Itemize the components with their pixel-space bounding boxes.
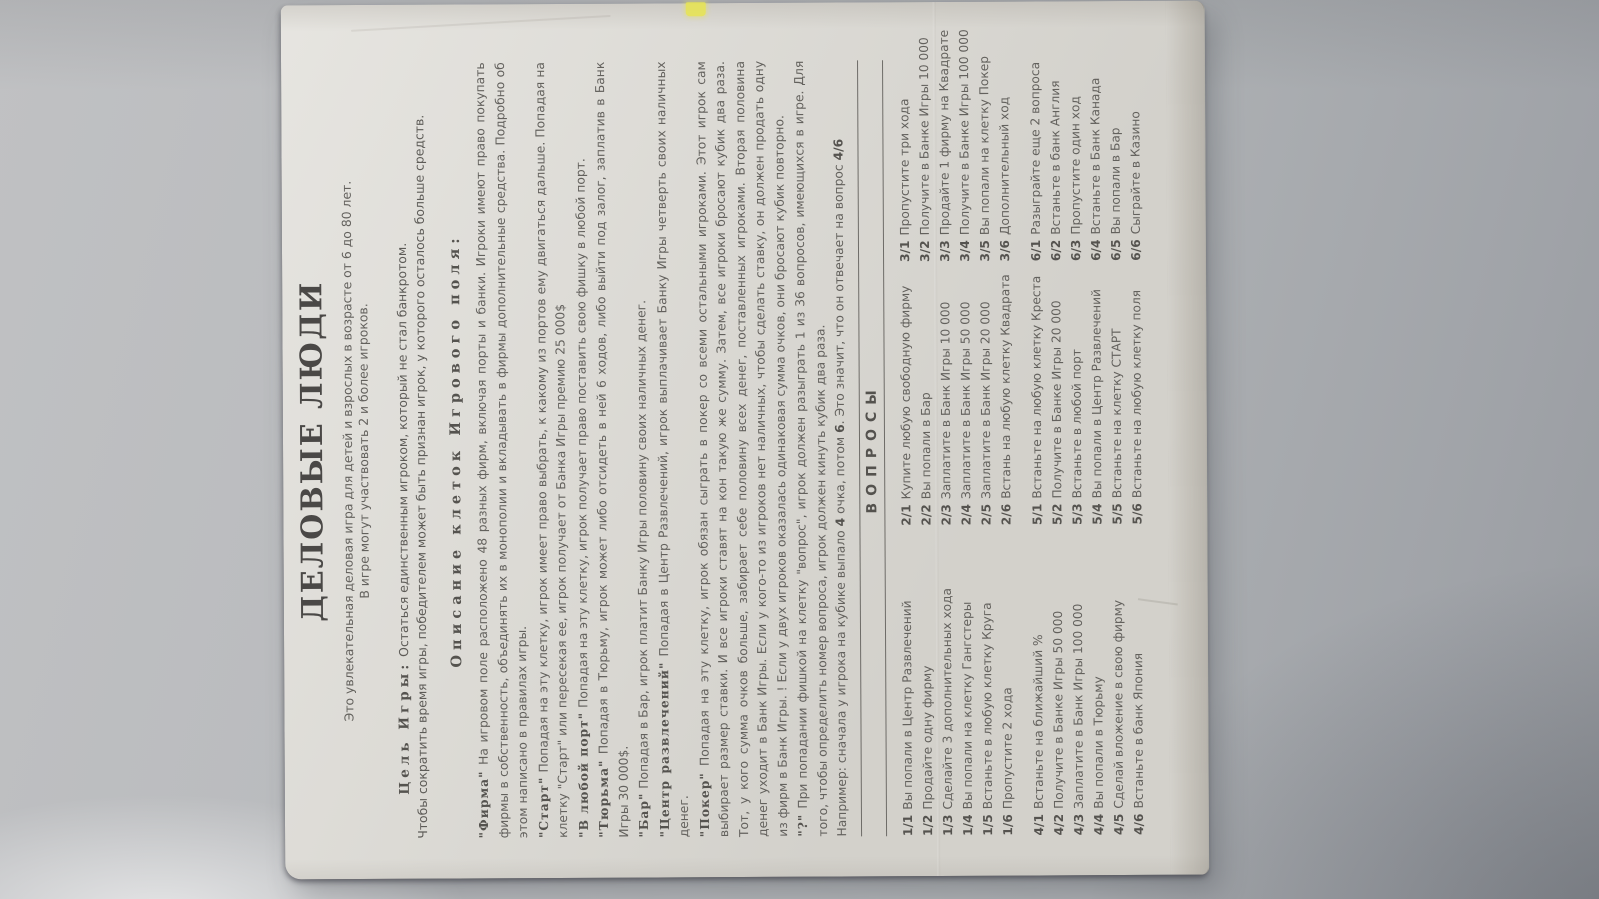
question-text: Дополнительный ход xyxy=(997,97,1012,235)
question-number: 1/3 xyxy=(940,814,954,835)
question-number: 3/5 xyxy=(977,240,991,261)
question-number: 4/4 xyxy=(1091,814,1105,835)
question-text: Получите в Банке Игры 10 000 xyxy=(916,37,931,235)
intro-paragraph: Это увлекательная деловая игра для детей… xyxy=(338,63,374,839)
cell-name: "Старт" xyxy=(535,777,550,838)
question-item: 1/4Вы попали на клетку Гангстеры xyxy=(956,535,978,835)
question-number: 2/1 xyxy=(899,504,913,525)
question-text: Заплатите в Банк Игры 20 000 xyxy=(978,301,993,499)
cell-name: "?" xyxy=(795,814,810,837)
question-item: 4/2Получите в Банке Игры 50 000 xyxy=(1047,535,1069,835)
question-text: Вы попали на клетку Покер xyxy=(976,56,991,235)
question-number: 4/3 xyxy=(1071,814,1085,835)
questions-header: ВОПРОСЫ xyxy=(857,60,887,836)
question-group-3: 3/1Пропустите три хода 3/2Получите в Бан… xyxy=(894,60,1015,262)
cell-paragraph-tyurma: "Тюрьма" Попадая в Тюрьму, игрок может л… xyxy=(590,62,634,838)
questions-row-2: 4/1Встаньте на ближайший % 4/2Получите в… xyxy=(1025,59,1149,836)
question-item: 2/6Встань на любую клетку Квадрата xyxy=(995,271,1016,525)
question-number: 5/1 xyxy=(1030,504,1044,525)
question-text: Пропустите 2 хода xyxy=(1000,687,1015,809)
question-text: Продайте одну фирму xyxy=(920,666,935,810)
question-text: Встаньте на клетку СТАРТ xyxy=(1109,328,1124,498)
question-item: 6/1Разыграйте еще 2 вопроса xyxy=(1025,69,1046,261)
question-text: Вы попали в Бар xyxy=(1108,127,1123,234)
question-number: 3/6 xyxy=(997,240,1011,261)
question-item: 6/5Вы попали в Бар xyxy=(1105,69,1126,261)
question-number: 6/5 xyxy=(1108,239,1122,260)
question-item: 4/3Заплатите в Банк Игры 100 000 xyxy=(1067,535,1089,835)
question-item: 2/5Заплатите в Банк Игры 20 000 xyxy=(975,271,996,525)
question-number: 2/3 xyxy=(939,504,953,525)
question-number: 5/5 xyxy=(1110,503,1124,524)
cell-name: "Фирма" xyxy=(476,770,491,838)
question-number: 4/6 xyxy=(1131,813,1145,834)
question-item: 3/6Дополнительный ход xyxy=(994,70,1015,262)
question-item: 3/1Пропустите три хода xyxy=(894,70,915,262)
question-item: 5/6Встаньте на любую клетку поля xyxy=(1126,271,1147,525)
question-item: 4/5Сделай вложение в свою фирму xyxy=(1107,535,1129,835)
question-text: Встаньте в банк Англия xyxy=(1048,80,1063,234)
question-number: 6/3 xyxy=(1068,240,1082,261)
question-item: 1/1Вы попали в Центр Развлечений xyxy=(896,536,918,836)
example-text: очка, потом xyxy=(833,433,847,518)
goal-line: Чтобы сократить время игры, победителем … xyxy=(410,63,431,839)
question-number: 3/1 xyxy=(897,240,911,261)
cell-paragraph-poker: "Покер" Попадая на эту клетку, игрок обя… xyxy=(691,61,794,838)
cell-text: На игровом поле расположено 48 разных фи… xyxy=(473,62,530,838)
question-number: 5/6 xyxy=(1130,503,1144,524)
question-number: 3/3 xyxy=(937,240,951,261)
question-group-6: 6/1Разыграйте еще 2 вопроса 6/2Встаньте … xyxy=(1025,59,1146,261)
page-title: ДЕЛОВЫЕ ЛЮДИ xyxy=(293,63,332,839)
cell-text: Попадая в Тюрьму, игрок может либо отсид… xyxy=(593,62,631,838)
cells-heading: Описание клеток Игрового поля: xyxy=(445,62,466,838)
question-text: Купите любую свободную фирму xyxy=(898,286,913,500)
question-number: 1/2 xyxy=(920,815,934,836)
question-text: Встаньте в Банк Канада xyxy=(1088,78,1103,235)
question-group-4: 4/1Встаньте на ближайший % 4/2Получите в… xyxy=(1027,525,1149,836)
question-group-1: 1/1Вы попали в Центр Развлечений 1/2Прод… xyxy=(896,525,1018,836)
question-number: 3/2 xyxy=(917,240,931,261)
cell-paragraph-start: "Старт" Попадая на эту клетку, игрок име… xyxy=(530,62,574,838)
question-text: Пропустите три хода xyxy=(897,99,912,236)
question-text: Встаньте на ближайший % xyxy=(1031,634,1046,809)
question-number: 2/4 xyxy=(959,504,973,525)
question-text: Встаньте в банк Япония xyxy=(1131,653,1146,809)
question-number: 4/1 xyxy=(1031,814,1045,835)
paper-sheet: ДЕЛОВЫЕ ЛЮДИ Это увлекательная деловая и… xyxy=(281,1,1210,880)
question-text: Сыграйте в Казино xyxy=(1128,111,1143,234)
tape-fragment xyxy=(686,2,706,16)
question-number: 6/6 xyxy=(1128,239,1142,260)
question-item: 6/3Пропустите один ход xyxy=(1065,69,1086,261)
question-number: 4/5 xyxy=(1111,814,1125,835)
question-text: Разыграйте еще 2 вопроса xyxy=(1028,62,1043,235)
goal-text: Остаться единственным игроком, который н… xyxy=(394,243,411,657)
question-text: Получите в Банке Игры 20 000 xyxy=(1049,300,1064,498)
question-text: Вы попали в Центр Развлечений xyxy=(1089,289,1104,498)
cell-paragraph-question: "?" При попадании фишкой на клетку "вопр… xyxy=(789,61,833,837)
question-text: Получите в Банке Игры 50 000 xyxy=(1050,611,1065,809)
question-text: Вы попали в Бар xyxy=(918,392,933,499)
question-text: Пропустите один ход xyxy=(1068,96,1083,235)
question-item: 5/1Встаньте на любую клетку Креста xyxy=(1026,271,1047,525)
question-number: 5/4 xyxy=(1090,503,1104,524)
question-text: Встаньте в любой порт xyxy=(1069,349,1084,498)
question-text: Продайте 1 фирму на Квадрате xyxy=(936,30,951,236)
question-item: 3/2Получите в Банке Игры 10 000 xyxy=(914,70,935,262)
cell-text: При попадании фишкой на клетку "вопрос",… xyxy=(792,61,830,837)
question-text: Встаньте на любую клетку поля xyxy=(1129,290,1144,498)
question-item: 5/4Вы попали в Центр Развлечений xyxy=(1086,271,1107,525)
cell-text: Попадая на эту клетку, игрок получает пр… xyxy=(573,158,590,708)
question-text: Заплатите в Банк Игры 50 000 xyxy=(958,301,973,499)
question-item: 2/2Вы попали в Бар xyxy=(915,272,936,526)
cell-text: Попадая в Бар, игрок платит Банку Игры п… xyxy=(634,300,651,789)
example-bold: 6 xyxy=(833,424,847,433)
question-number: 5/2 xyxy=(1050,504,1064,525)
question-number: 1/1 xyxy=(900,815,914,836)
question-text: Вы попали в Тюрьму xyxy=(1091,676,1106,808)
question-item: 6/2Встаньте в банк Англия xyxy=(1045,69,1066,261)
question-item: 1/2Продайте одну фирму xyxy=(916,536,938,836)
questions-row-1: 1/1Вы попали в Центр Развлечений 1/2Прод… xyxy=(894,60,1018,837)
question-number: 6/2 xyxy=(1048,240,1062,261)
rules-document: ДЕЛОВЫЕ ЛЮДИ Это увлекательная деловая и… xyxy=(281,1,1210,880)
question-text: Заплатите в Банк Игры 100 000 xyxy=(1070,604,1085,809)
cell-paragraph-center: "Центр развлечений" Попадая в Центр Разв… xyxy=(651,61,695,837)
question-item: 4/6Встаньте в банк Япония xyxy=(1127,535,1149,835)
question-item: 5/3Встаньте в любой порт xyxy=(1066,271,1087,525)
question-item: 1/6Пропустите 2 хода xyxy=(996,535,1018,835)
question-number: 2/5 xyxy=(979,504,993,525)
question-number: 2/2 xyxy=(919,504,933,525)
question-text: Сделайте 3 дополнительных хода xyxy=(939,588,954,810)
question-item: 1/5Встаньте в любую клетку Круга xyxy=(976,535,998,835)
question-number: 1/6 xyxy=(1000,814,1014,835)
cell-text: Попадая на эту клетку, игрок имеет право… xyxy=(533,62,571,838)
question-text: Вы попали в Центр Развлечений xyxy=(899,600,914,809)
question-item: 2/1Купите любую свободную фирму xyxy=(895,272,916,526)
question-text: Встаньте на любую клетку Креста xyxy=(1029,276,1044,499)
question-number: 1/4 xyxy=(960,814,974,835)
question-number: 1/5 xyxy=(980,814,994,835)
question-number: 3/4 xyxy=(957,240,971,261)
question-item: 2/4Заплатите в Банк Игры 50 000 xyxy=(955,272,976,526)
example-text: . Это значит, что он отвечает на вопрос xyxy=(832,160,847,424)
cell-name: "Покер" xyxy=(696,772,711,837)
goal-section: Цель Игры: Остаться единственным игроком… xyxy=(392,63,431,839)
question-number: 5/3 xyxy=(1070,503,1084,524)
question-item: 3/4Получите в Банке Игры 100 000 xyxy=(954,70,975,262)
cell-name: "Центр развлечений" xyxy=(656,662,672,838)
question-item: 6/6Сыграйте в Казино xyxy=(1125,69,1146,261)
paper-fold-edge xyxy=(1166,1,1210,875)
cell-paragraph-firma: "Фирма" На игровом поле расположено 48 р… xyxy=(470,62,534,838)
question-item: 6/4Встаньте в Банк Канада xyxy=(1085,69,1106,261)
cell-name: "Бар" xyxy=(636,793,651,838)
question-number: 6/4 xyxy=(1088,239,1102,260)
cell-text: Попадая на эту клетку, игрок обязан сыгр… xyxy=(694,61,790,837)
question-text: Вы попали на клетку Гангстеры xyxy=(959,602,974,810)
cell-name: "Тюрьма" xyxy=(596,760,611,838)
question-number: 6/1 xyxy=(1028,240,1042,261)
example-bold: 4/6 xyxy=(831,139,845,161)
question-item: 4/4Вы попали в Тюрьму xyxy=(1087,535,1109,835)
example-bold: 4 xyxy=(833,518,847,527)
question-text: Сделай вложение в свою фирму xyxy=(1110,600,1125,809)
example-text: Например: сначала у игрока на кубике вып… xyxy=(833,526,849,836)
question-item: 3/5Вы попали на клетку Покер xyxy=(974,70,995,262)
question-number: 4/2 xyxy=(1051,814,1065,835)
intro-line: В игре могут участвовать 2 и более игрок… xyxy=(354,63,374,839)
question-item: 5/5Встаньте на клетку СТАРТ xyxy=(1106,271,1127,525)
question-group-5: 5/1Встаньте на любую клетку Креста 5/2По… xyxy=(1026,261,1147,525)
question-text: Заплатите в Банк Игры 10 000 xyxy=(938,302,953,500)
question-text: Получите в Банке Игры 100 000 xyxy=(956,29,971,235)
question-number: 2/6 xyxy=(999,504,1013,525)
question-text: Встань на любую клетку Квадрата xyxy=(998,274,1013,499)
cell-name: "В любой порт" xyxy=(575,712,591,838)
question-group-2: 2/1Купите любую свободную фирму 2/2Вы по… xyxy=(895,261,1016,525)
question-item: 4/1Встаньте на ближайший % xyxy=(1027,535,1049,835)
goal-heading: Цель Игры: xyxy=(396,661,413,795)
question-item: 5/2Получите в Банке Игры 20 000 xyxy=(1046,271,1067,525)
example-line: Например: сначала у игрока на кубике вып… xyxy=(829,60,853,836)
question-text: Встаньте в любую клетку Круга xyxy=(979,602,994,809)
